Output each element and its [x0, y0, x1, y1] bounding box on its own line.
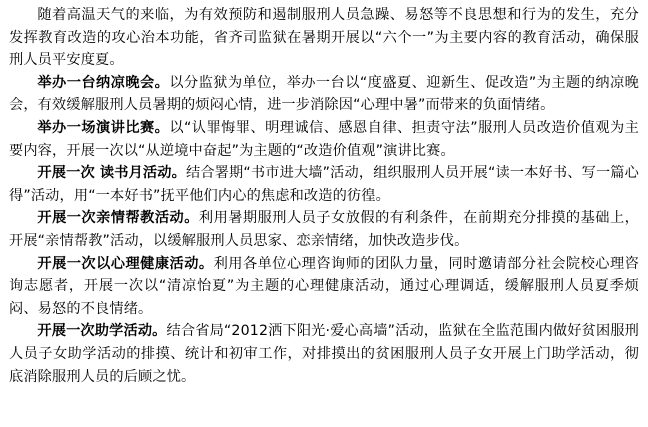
activity-paragraph-1: 举办一台纳凉晚会。以分监狱为单位，举办一台以“度盛夏、迎新生、促改造”为主题的纳… [9, 72, 639, 117]
activity-paragraph-2: 举办一场演讲比赛。以“认罪悔罪、明理诚信、感恩自律、担责守法”服刑人员改造价值观… [9, 117, 639, 162]
activity-paragraph-3: 开展一次 读书月活动。结合署期“书市进大墙”活动，组织服刑人员开展“读一本好书、… [9, 162, 639, 207]
activity-title: 开展一次助学活动。 [37, 323, 166, 339]
activity-paragraph-5: 开展一次以心理健康活动。利用各单位心理咨询师的团队力量，同时邀请部分社会院校心理… [9, 253, 639, 321]
activity-paragraph-6: 开展一次助学活动。结合省局“2012洒下阳光·爱心高墙”活动，监狱在全监范围内做… [9, 320, 639, 388]
activity-title: 举办一台纳凉晚会。 [37, 75, 169, 91]
activity-title: 举办一场演讲比赛。 [37, 120, 169, 136]
activity-title: 开展一次 读书月活动。 [37, 165, 186, 181]
activity-title: 开展一次以心理健康活动。 [37, 256, 213, 272]
activity-paragraph-4: 开展一次亲情帮教活动。利用暑期服刑人员子女放假的有利条件，在前期充分排摸的基础上… [9, 207, 639, 252]
activity-title: 开展一次亲情帮教活动。 [37, 210, 199, 226]
intro-paragraph: 随着高温天气的来临，为有效预防和遏制服刑人员急躁、易怒等不良思想和行为的发生，充… [9, 4, 639, 72]
article-body: 随着高温天气的来临，为有效预防和遏制服刑人员急躁、易怒等不良思想和行为的发生，充… [9, 4, 639, 388]
